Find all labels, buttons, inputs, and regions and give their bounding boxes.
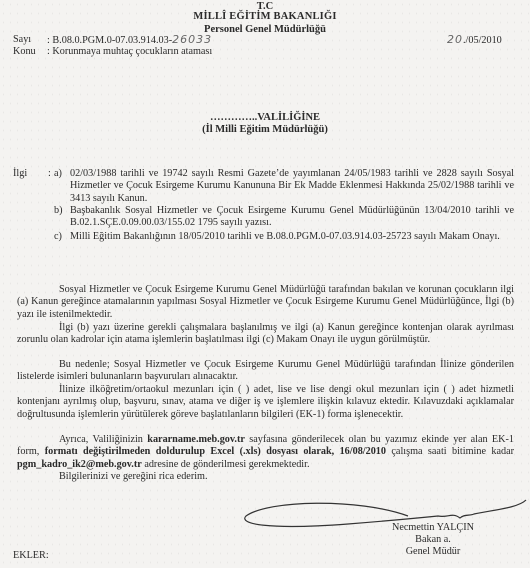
addressee-governorship: …………..VALİLİĞİNE — [0, 112, 530, 124]
paragraph-1: Sosyal Hizmetler ve Çocuk Esirgeme Kurum… — [17, 284, 514, 321]
ilgi-item-mark: a) — [54, 168, 62, 180]
signature-block: Necmettin YALÇIN Bakan a. Genel Müdür — [378, 522, 488, 558]
p5-text-1: Ayrıca, Valiliğinizin — [59, 434, 147, 445]
ilgi-separator: : — [48, 168, 51, 180]
ilgi-item-a: a) 02/03/1988 tarihli ve 19742 sayılı Re… — [54, 168, 514, 205]
paragraph-2: İlgi (b) yazı üzerine gerekli çalışmalar… — [17, 322, 514, 347]
signatory-title-2: Genel Müdür — [378, 546, 488, 558]
format-deadline: formatı değiştirilmeden doldurulup Excel… — [45, 446, 386, 457]
signatory-name: Necmettin YALÇIN — [378, 522, 488, 534]
paragraph-5: Ayrıca, Valiliğinizin kararname.meb.gov.… — [17, 434, 514, 471]
konu-label: Konu — [13, 46, 47, 58]
ilgi-item-text: 02/03/1988 tarihli ve 19742 sayılı Resmi… — [70, 168, 514, 205]
portal-url: kararname.meb.gov.tr — [147, 434, 245, 445]
ilgi-item-mark: b) — [54, 205, 63, 217]
date-day-handwritten: 20 — [447, 33, 463, 46]
sayi-number: : B.08.0.PGM.0-07.03.914.03- — [47, 35, 172, 46]
ilgi-item-c: c) Milli Eğitim Bakanlığının 18/05/2010 … — [54, 231, 514, 243]
paragraph-4: İlinize ilköğretim/ortaokul mezunları iç… — [17, 384, 514, 421]
sayi-handwritten: 26033 — [172, 33, 212, 46]
addressee-directorate: (İl Milli Eğitim Müdürlüğü) — [0, 124, 530, 136]
sayi-label: Sayı — [13, 34, 47, 46]
document-date: 20./05/2010 — [447, 34, 502, 47]
ilgi-label: İlgi — [13, 168, 27, 180]
paragraph-3: Bu nedenle; Sosyal Hizmetler ve Çocuk Es… — [17, 359, 514, 384]
paragraph-closing: Bilgilerinizi ve gereğini rica ederim. — [17, 471, 514, 483]
header-ministry: MİLLÎ EĞİTİM BAKANLIĞI — [0, 11, 530, 23]
p5-text-4: adresine de gönderilmesi gerekmektedir. — [142, 459, 310, 470]
konu-value: : Korunmaya muhtaç çocukların ataması — [47, 46, 212, 58]
p5-text-3: çalışma saati bitimine kadar — [386, 446, 514, 457]
date-month-year: ./05/2010 — [463, 35, 502, 46]
ilgi-item-b: b) Başbakanlık Sosyal Hizmetler ve Çocuk… — [54, 205, 514, 230]
ilgi-item-mark: c) — [54, 231, 62, 243]
attachments-label: EKLER: — [13, 550, 49, 562]
signatory-title-1: Bakan a. — [378, 534, 488, 546]
ilgi-item-text: Milli Eğitim Bakanlığının 18/05/2010 tar… — [70, 231, 514, 243]
email-address: pgm_kadro_ik2@meb.gov.tr — [17, 459, 142, 470]
ilgi-item-text: Başbakanlık Sosyal Hizmetler ve Çocuk Es… — [70, 205, 514, 230]
